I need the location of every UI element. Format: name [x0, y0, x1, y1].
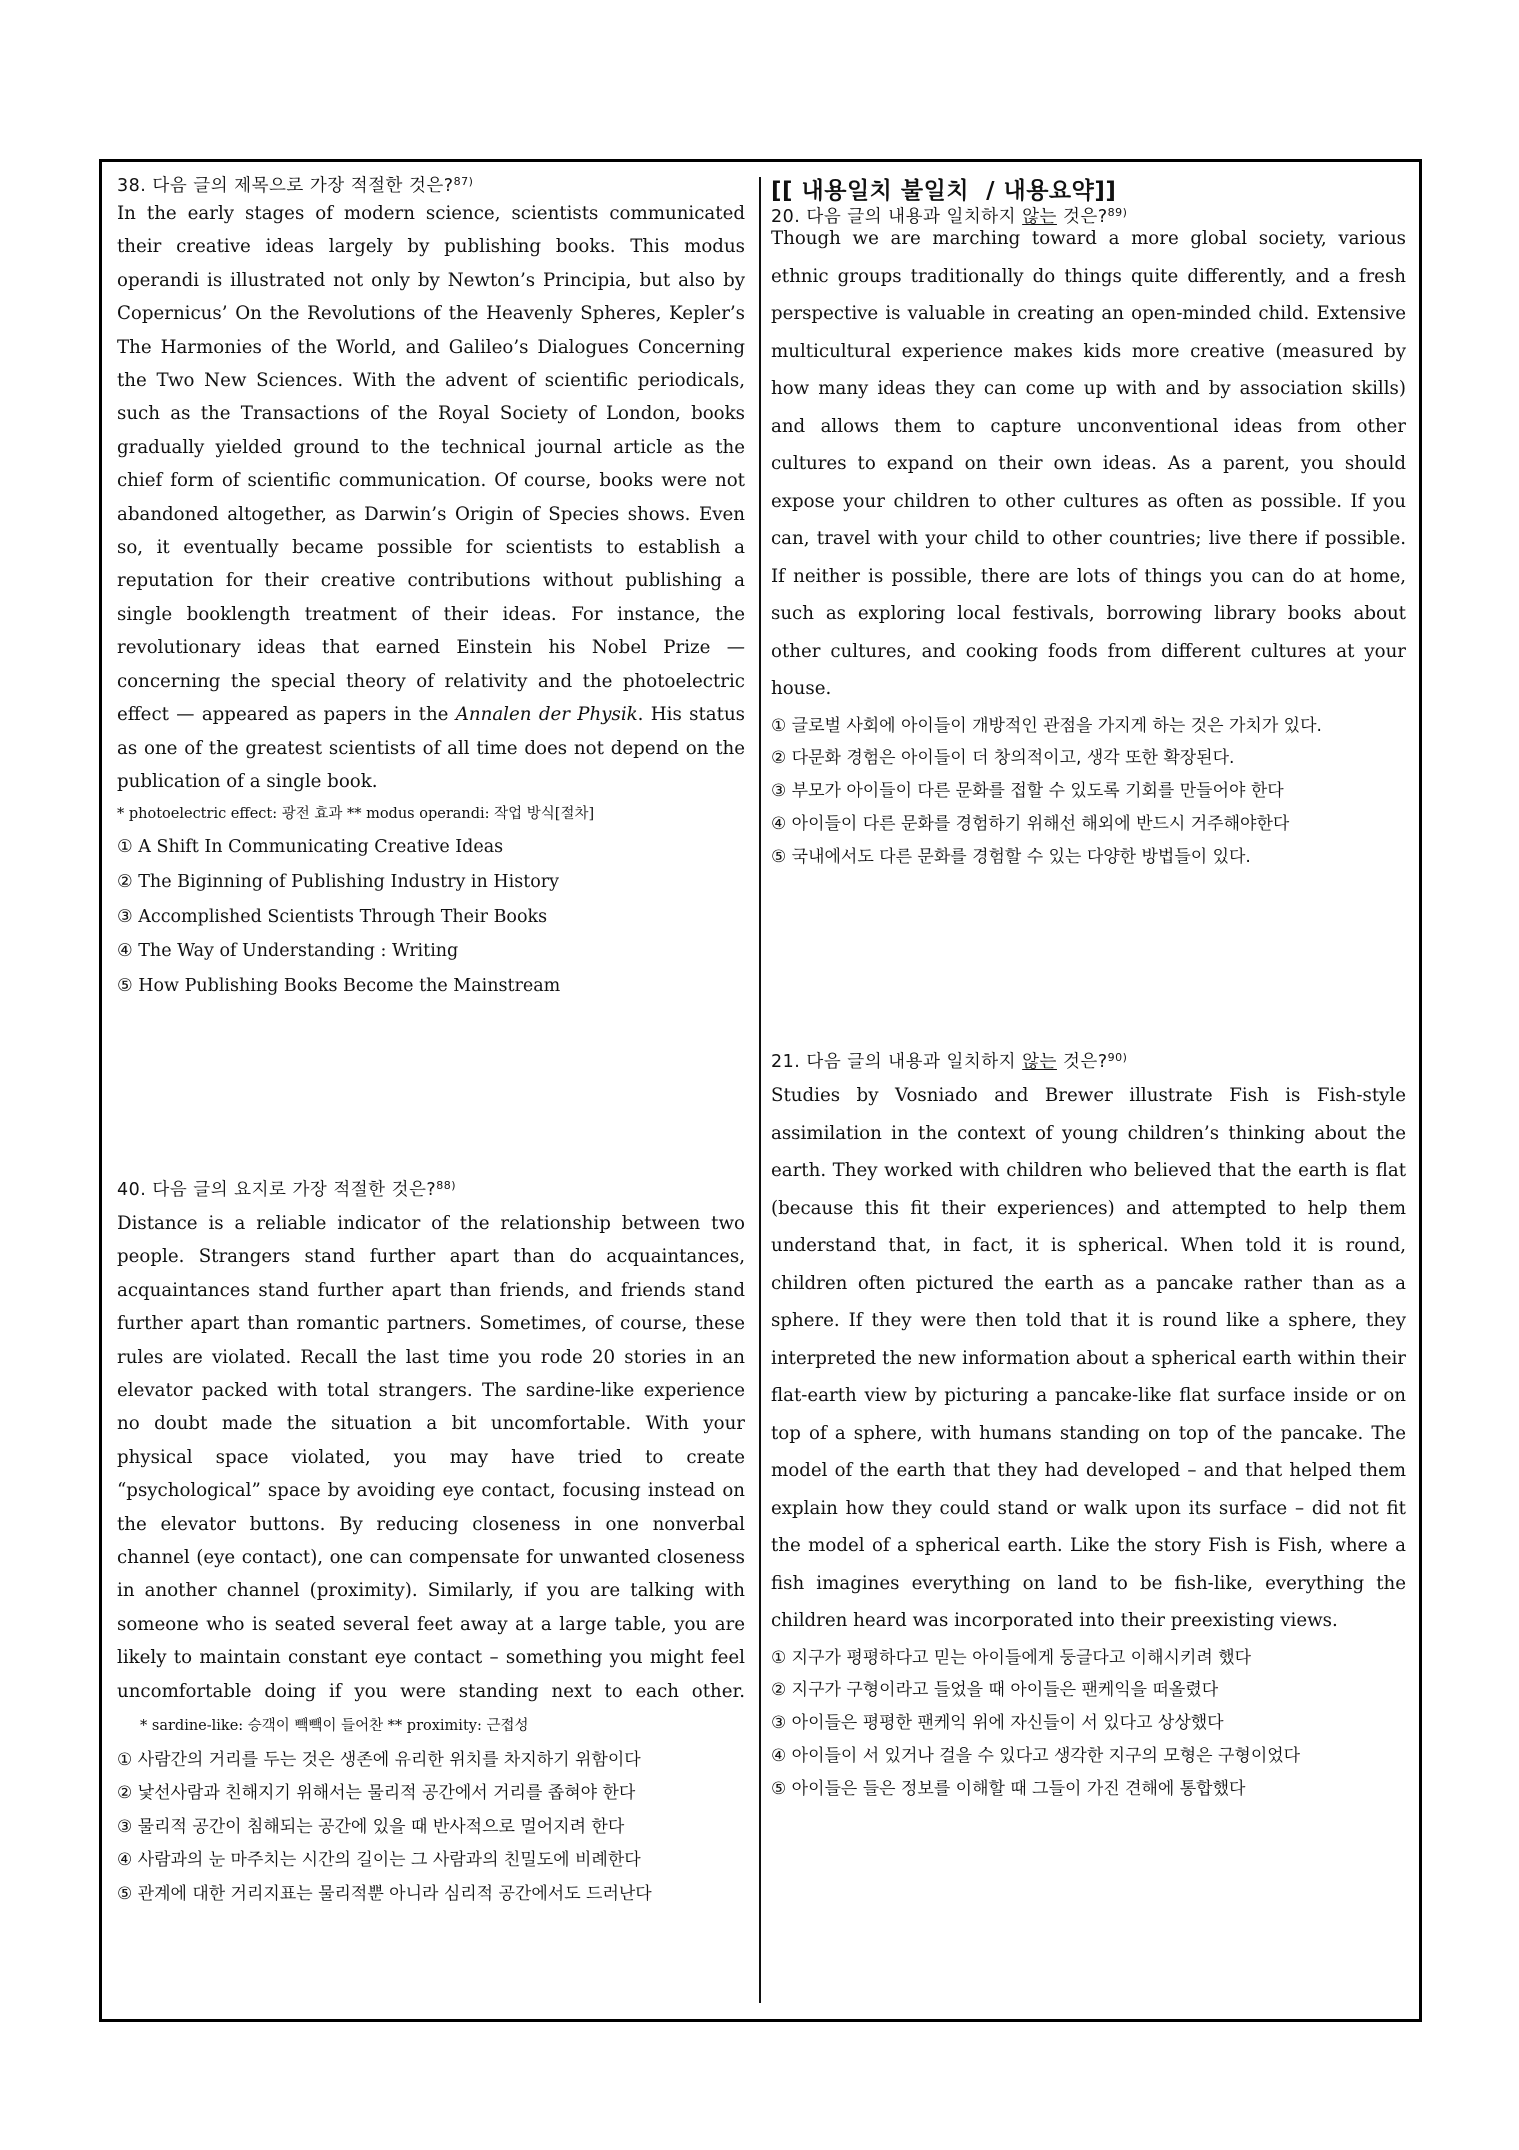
footnote-ref: 90) — [1108, 1051, 1128, 1064]
choice-1[interactable]: ① A Shift In Communicating Creative Idea… — [117, 830, 745, 865]
question-prompt: 다음 글의 요지로 가장 적절한 것은? — [152, 1180, 436, 1200]
question-prompt: 다음 글의 제목으로 가장 적절한 것은? — [152, 176, 453, 196]
question-38: 38. 다음 글의 제목으로 가장 적절한 것은?87) In the earl… — [117, 172, 745, 1003]
question-21: 21. 다음 글의 내용과 일치하지 않는 것은?90) Studies by … — [771, 1048, 1406, 1805]
footnote-ref: 87) — [454, 175, 474, 188]
question-20-choices: ① 글로벌 사회에 아이들이 개방적인 관점을 가지게 하는 것은 가치가 있다… — [771, 710, 1406, 874]
question-40: 40. 다음 글의 요지로 가장 적절한 것은?88) Distance is … — [117, 1176, 745, 1911]
choice-4[interactable]: ④ The Way of Understanding : Writing — [117, 934, 745, 969]
choice-3[interactable]: ③ Accomplished Scientists Through Their … — [117, 900, 745, 935]
choice-2[interactable]: ② 지구가 구형이라고 들었을 때 아이들은 팬케익을 떠올렸다 — [771, 1674, 1406, 1707]
question-number: 21. — [771, 1052, 800, 1072]
choice-3[interactable]: ③ 아이들은 평평한 팬케익 위에 자신들이 서 있다고 상상했다 — [771, 1707, 1406, 1740]
question-40-passage: Distance is a reliable indicator of the … — [117, 1207, 745, 1744]
question-38-choices: ① A Shift In Communicating Creative Idea… — [117, 830, 745, 1003]
choice-1[interactable]: ① 사람간의 거리를 두는 것은 생존에 유리한 위치를 차지하기 위함이다 — [117, 1744, 745, 1778]
question-20: [[ 내용일치 불일치 / 내용요약]] 20. 다음 글의 내용과 일치하지 … — [771, 172, 1406, 873]
question-38-passage: In the early stages of modern science, s… — [117, 197, 745, 798]
choice-5[interactable]: ⑤ 관계에 대한 거리지표는 물리적뿐 아니라 심리적 공간에서도 드러난다 — [117, 1878, 745, 1912]
question-number: 40. — [117, 1180, 146, 1200]
footnote-ref: 88) — [436, 1179, 456, 1192]
choice-2[interactable]: ② The Biginning of Publishing Industry i… — [117, 865, 745, 900]
section-heading: [[ 내용일치 불일치 / 내용요약]] — [771, 172, 1406, 205]
choice-5[interactable]: ⑤ 아이들은 들은 정보를 이해할 때 그들이 가진 견해에 통합했다 — [771, 1773, 1406, 1806]
choice-4[interactable]: ④ 아이들이 다른 문화를 경험하기 위해선 해외에 반드시 거주해야한다 — [771, 808, 1406, 841]
emphasis-underline: 않는 — [1022, 1052, 1057, 1072]
question-number: 38. — [117, 176, 146, 196]
column-divider — [759, 177, 761, 2003]
choice-1[interactable]: ① 글로벌 사회에 아이들이 개방적인 관점을 가지게 하는 것은 가치가 있다… — [771, 710, 1406, 743]
choice-2[interactable]: ② 다문화 경험은 아이들이 더 창의적이고, 생각 또한 확장된다. — [771, 742, 1406, 775]
choice-3[interactable]: ③ 부모가 아이들이 다른 문화를 접할 수 있도록 기회를 만들어야 한다 — [771, 775, 1406, 808]
choice-3[interactable]: ③ 물리적 공간이 침해되는 공간에 있을 때 반사적으로 멀어지려 한다 — [117, 1811, 745, 1845]
question-40-title: 40. 다음 글의 요지로 가장 적절한 것은?88) — [117, 1176, 745, 1201]
question-40-choices: ① 사람간의 거리를 두는 것은 생존에 유리한 위치를 차지하기 위함이다 ②… — [117, 1744, 745, 1912]
question-20-passage: Though we are marching toward a more glo… — [771, 220, 1406, 708]
question-21-choices: ① 지구가 평평하다고 믿는 아이들에게 둥글다고 이해시키려 했다 ② 지구가… — [771, 1642, 1406, 1806]
choice-1[interactable]: ① 지구가 평평하다고 믿는 아이들에게 둥글다고 이해시키려 했다 — [771, 1642, 1406, 1675]
choice-5[interactable]: ⑤ 국내에서도 다른 문화를 경험할 수 있는 다양한 방법들이 있다. — [771, 841, 1406, 874]
choice-4[interactable]: ④ 아이들이 서 있거나 걸을 수 있다고 생각한 지구의 모형은 구형이었다 — [771, 1740, 1406, 1773]
question-21-passage: Studies by Vosniado and Brewer illustrat… — [771, 1077, 1406, 1640]
journal-title: Annalen der Physik — [456, 704, 638, 725]
question-38-vocab-note: * photoelectric effect: 광전 효과 ** modus o… — [117, 800, 745, 828]
choice-2[interactable]: ② 낯선사람과 친해지기 위해서는 물리적 공간에서 거리를 좁혀야 한다 — [117, 1777, 745, 1811]
question-38-title: 38. 다음 글의 제목으로 가장 적절한 것은?87) — [117, 172, 745, 197]
choice-4[interactable]: ④ 사람과의 눈 마주치는 시간의 길이는 그 사람과의 친밀도에 비례한다 — [117, 1844, 745, 1878]
question-40-vocab-note: * sardine-like: 승객이 빽빽이 들어찬 ** proximity… — [117, 1718, 528, 1734]
choice-5[interactable]: ⑤ How Publishing Books Become the Mainst… — [117, 969, 745, 1004]
footnote-ref: 89) — [1108, 206, 1128, 219]
question-21-title: 21. 다음 글의 내용과 일치하지 않는 것은?90) — [771, 1048, 1406, 1073]
